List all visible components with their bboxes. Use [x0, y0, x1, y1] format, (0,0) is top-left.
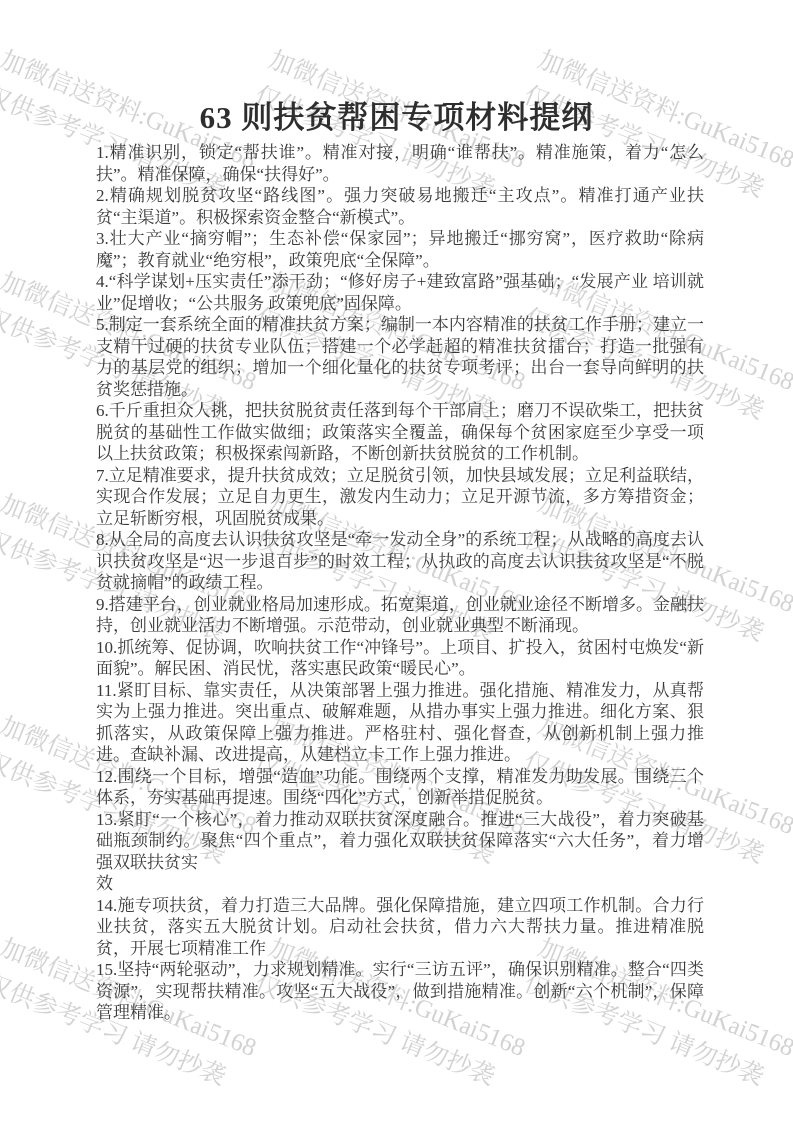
document-content: 63 则扶贫帮困专项材料提纲 1.精准识别，锁定“帮扶谁”。精准对接，明确“谁帮… [0, 92, 793, 1024]
outline-paragraph: 10.抓统筹、促协调，吹响扶贫工作“冲锋号”。上项目、扩投入，贫困村屯焕发“新面… [96, 637, 704, 680]
outline-paragraph: 13.紧盯“一个核心”，着力推动双联扶贫深度融合。推进“三大战役”，着力突破基础… [96, 809, 704, 895]
outline-paragraph: 11.紧盯目标、靠实责任，从决策部署上强力推进。强化措施、精准发力，从真帮实为上… [96, 680, 704, 766]
outline-paragraph: 8.从全局的高度去认识扶贫攻坚是“牵一发动全身”的系统工程；从战略的高度去认识扶… [96, 529, 704, 594]
page-title: 63 则扶贫帮困专项材料提纲 [0, 92, 793, 137]
outline-paragraph: 7.立足精准要求，提升扶贫成效；立足脱贫引领，加快县域发展；立足利益联结，实现合… [96, 465, 704, 530]
outline-paragraph: 14.施专项扶贫，着力打造三大品牌。强化保障措施，建立四项工作机制。合力行业扶贫… [96, 895, 704, 960]
outline-paragraph: 12.围绕一个目标，增强“造血”功能。围绕两个支撑，精准发力助发展。围绕三个体系… [96, 766, 704, 809]
paragraph-list: 1.精准识别，锁定“帮扶谁”。精准对接，明确“谁帮扶”。精准施策，着力“怎么扶”… [96, 142, 704, 1024]
outline-paragraph: 2.精确规划脱贫攻坚“路线图”。强力突破易地搬迁“主攻点”。精准打通产业扶贫“主… [96, 185, 704, 228]
document-page: 加微信送资料:GuKai5168仅供参考学习 请勿抄袭加微信送资料:GuKai5… [0, 0, 793, 1122]
outline-paragraph: 15.坚持“两轮驱动”，力求规划精准。实行“三访五评”，确保识别精准。整合“四类… [96, 959, 704, 1024]
outline-paragraph: 1.精准识别，锁定“帮扶谁”。精准对接，明确“谁帮扶”。精准施策，着力“怎么扶”… [96, 142, 704, 185]
outline-paragraph: 6.千斤重担众人挑，把扶贫脱贫责任落到每个干部肩上；磨刀不误砍柴工，把扶贫脱贫的… [96, 400, 704, 465]
outline-paragraph: 3.壮大产业“摘穷帽”；生态补偿“保家园”；异地搬迁“挪穷窝”，医疗救助“除病魔… [96, 228, 704, 271]
outline-paragraph: 5.制定一套系统全面的精准扶贫方案；编制一本内容精准的扶贫工作手册；建立一支精干… [96, 314, 704, 400]
outline-paragraph: 4.“科学谋划+压实责任”添干劲；“修好房子+建致富路”强基础；“发展产业 培训… [96, 271, 704, 314]
outline-paragraph: 9.搭建平台，创业就业格局加速形成。拓宽渠道，创业就业途径不断增多。金融扶持，创… [96, 594, 704, 637]
